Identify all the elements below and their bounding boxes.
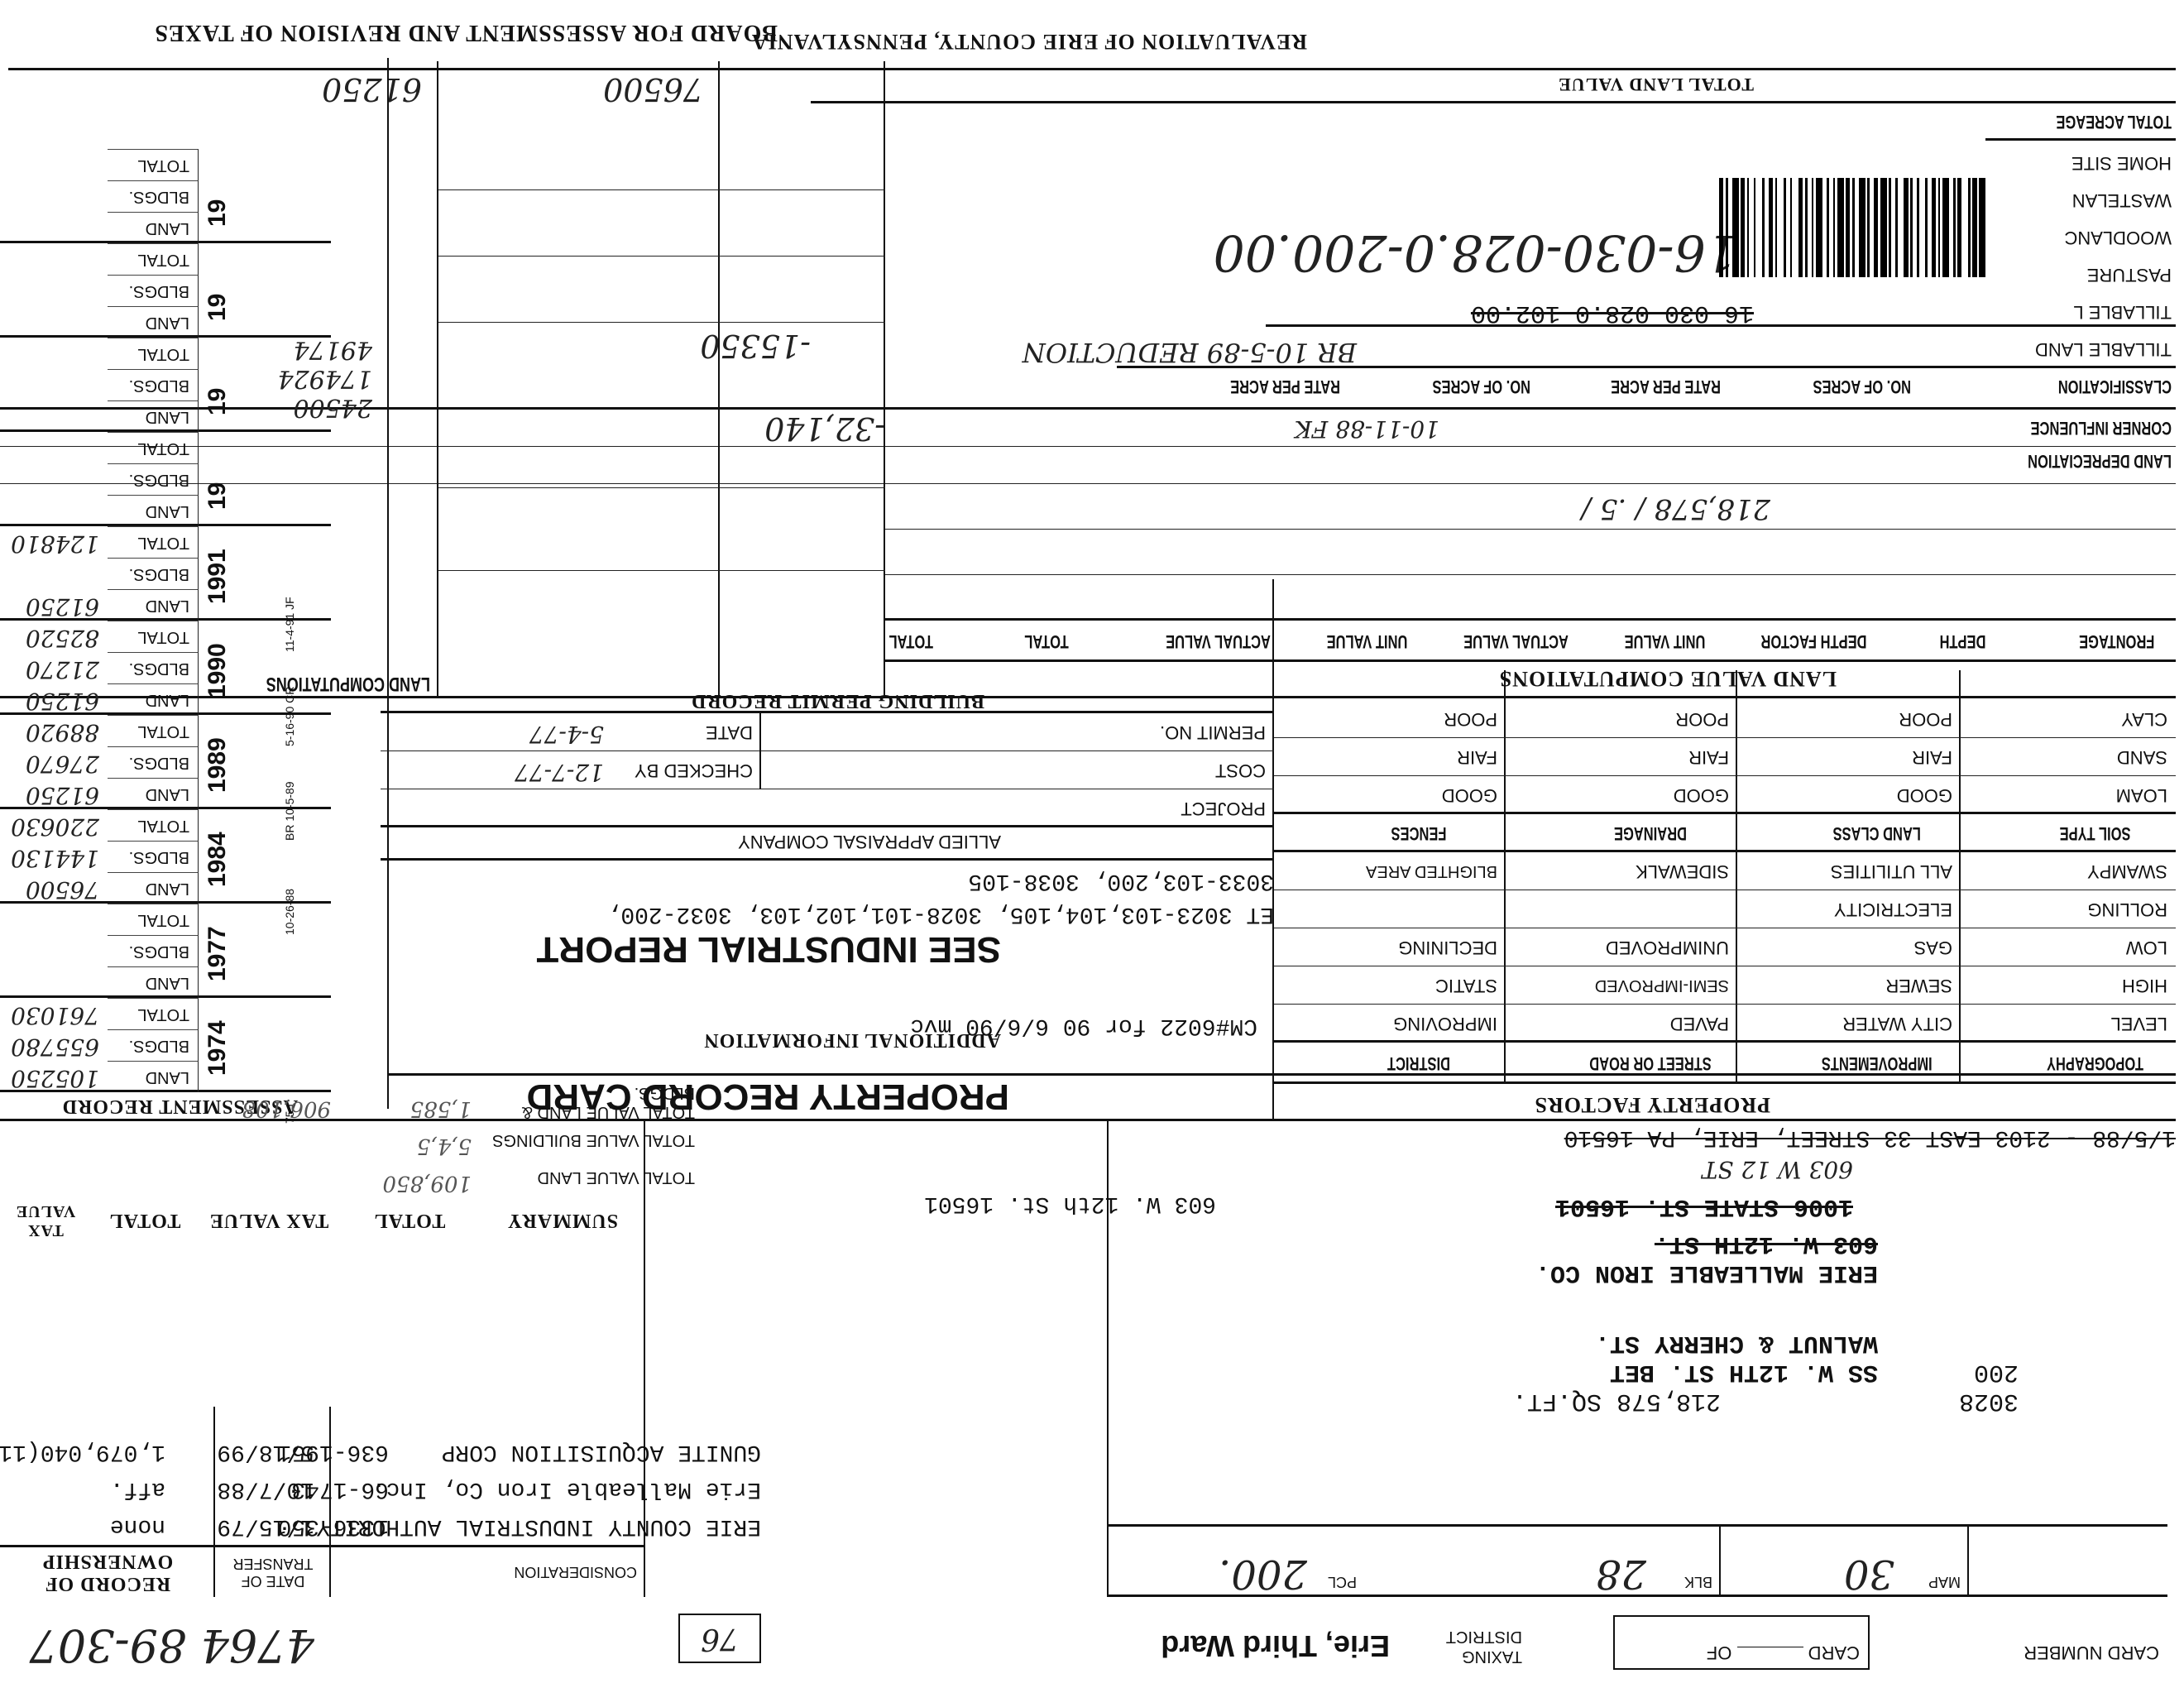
factor-header: STREET OR ROAD — [1564, 1043, 1737, 1084]
summary-total: 1,585 — [410, 1096, 472, 1121]
br-note: BR 10-5-89 REDUCTION — [1023, 337, 1357, 368]
barcode-bar — [1773, 178, 1775, 277]
barcode-bar — [1968, 178, 1971, 277]
class-header: NO. OF ACRES — [1432, 376, 1530, 397]
assessment-year: 1977 — [204, 926, 232, 981]
ownership-date: 10/7/88 — [217, 1476, 314, 1502]
factor-option[interactable]: SEWER — [1746, 966, 1961, 1005]
factor-option[interactable]: FAIR — [1746, 738, 1961, 776]
permit-cost-label: COST — [976, 751, 1274, 789]
assessment-row-label: LAND — [108, 966, 199, 998]
owner-name: ERIE MALLEABLE IRON CO. — [1535, 1259, 1878, 1287]
barcode-bar — [1739, 178, 1741, 277]
assessment-row-label: TOTAL — [108, 338, 199, 369]
of-label: OF — [1707, 1642, 1732, 1663]
barcode-bar — [1846, 178, 1850, 277]
barcode-bar — [1855, 178, 1859, 277]
barcode-bar — [1913, 178, 1917, 277]
map-label: MAP — [1928, 1573, 1961, 1590]
factor-option[interactable]: LEVEL — [1969, 1005, 2176, 1043]
assessment-row-label: TOTAL — [108, 149, 199, 180]
assessment-year: 19 — [204, 294, 232, 321]
factor-header: DISTRICT — [1332, 1043, 1506, 1084]
land-value-computations-title: LAND VALUE COMPUTATIONS — [1499, 666, 1837, 691]
summary-tax-value-header: TAX VALUE — [0, 1200, 91, 1241]
summary-total-header: TOTAL — [91, 1200, 199, 1241]
assessment-row-label: BLDGS. — [108, 652, 199, 683]
barcode-bar — [1745, 178, 1747, 277]
class-row: TILLABLE L — [2073, 301, 2172, 323]
classification-label: CLASSIFICATION — [2058, 376, 2172, 397]
barcode-bar — [1953, 178, 1956, 277]
assessment-note: 5-16-90 CR — [283, 664, 296, 746]
barcode-bar — [1878, 178, 1880, 277]
permit-no-label: PERMIT NO. — [976, 713, 1274, 751]
barcode-bar — [1808, 178, 1812, 277]
building-permit-title: BUILDING PERMIT RECORD — [691, 689, 984, 712]
summary-row-label: TOTAL VALUE LAND — [480, 1158, 703, 1196]
barcode-bar — [1972, 178, 1976, 277]
barcode-bar — [1870, 178, 1874, 277]
lvc-header: UNIT VALUE — [1311, 621, 1423, 662]
total-acreage-label: TOTAL ACREAGE — [2056, 111, 2172, 132]
barcode-bar — [1816, 178, 1822, 277]
map-value: 30 — [1844, 1551, 1894, 1597]
barcode-bar — [1889, 178, 1891, 277]
barcode-bar — [1880, 178, 1887, 277]
summary-total: 5,4,5 — [417, 1134, 472, 1158]
assessment-value[interactable]: 61250 — [26, 688, 99, 715]
property-factors-title: PROPERTY FACTORS — [1535, 1092, 1770, 1117]
barcode-bar — [1786, 178, 1790, 277]
lvc-header: TOTAL — [896, 621, 927, 662]
barcode-bar — [1712, 178, 1719, 277]
assessment-row-label: BLDGS. — [108, 841, 199, 872]
summary-row-label: TOTAL VALUE LAND & BLDGS. — [480, 1084, 703, 1121]
ownership-consideration: aff. — [110, 1476, 165, 1502]
barcode-bar — [1728, 178, 1732, 277]
barcode-bar — [1765, 178, 1769, 277]
factor-header: FENCES — [1332, 814, 1506, 852]
factor-header: LAND CLASS — [1794, 814, 1961, 852]
barcode-bar — [1723, 178, 1726, 277]
card-number-label: CARD NUMBER — [2024, 1642, 2159, 1663]
factor-header: DRAINAGE — [1564, 814, 1737, 852]
barcode-bar — [1850, 178, 1852, 277]
barcode-bar — [1936, 178, 1938, 277]
prior-address: 1006 STATE ST. 16501 — [1555, 1192, 1853, 1220]
barcode-bar — [1777, 178, 1784, 277]
summary-title: SUMMARY — [480, 1200, 645, 1241]
assessment-row-label: LAND — [108, 212, 199, 243]
factor-option[interactable]: ROLLING — [1969, 890, 2176, 928]
assessment-value[interactable]: 124810 — [11, 530, 99, 558]
barcode-bar — [1719, 178, 1723, 277]
header-title-left: BOARD FOR ASSESSMENT AND REVISION OF TAX… — [154, 19, 778, 46]
barcode-bar — [1803, 178, 1805, 277]
assessment-row-label: LAND — [108, 1061, 199, 1092]
address-history: 1/5/88 - 2103 EAST 33 STREET, ERIE, PA 1… — [1564, 1125, 2176, 1150]
barcode-bar — [1790, 178, 1793, 277]
ownership-owner: GUNITE ACQUISITION CORP — [442, 1439, 761, 1465]
reduction-amount: -15350 — [700, 328, 811, 364]
factor-option[interactable]: DECLINING — [1282, 928, 1506, 966]
taxing-district-label: TAXING DISTRICT — [1406, 1627, 1522, 1666]
barcode-bar — [1977, 178, 1980, 277]
factor-header: IMPROVEMENTS — [1794, 1043, 1961, 1084]
barcode-bar — [1919, 178, 1926, 277]
card-label: CARD — [1808, 1642, 1860, 1663]
assessment-row-label: TOTAL — [108, 526, 199, 558]
assessment-note: 11-4-91 JF — [283, 569, 296, 652]
corner-influence-label: CORNER INFLUENCE — [2030, 417, 2172, 439]
district-code: 3028 — [1959, 1387, 2019, 1415]
assessment-row-label: TOTAL — [108, 243, 199, 275]
checked-by-label: CHECKED BY — [612, 751, 761, 789]
assessment-value[interactable]: 21270 — [26, 656, 99, 683]
assessment-value[interactable]: 88920 — [26, 719, 99, 746]
barcode-bar — [1812, 178, 1814, 277]
summary-row-label: TOTAL VALUE BUILDINGS — [480, 1121, 703, 1158]
checked-by-value: 12-7-77 — [515, 759, 604, 786]
factor-option[interactable]: FAIR — [1282, 738, 1506, 776]
lvc-header: ACTUAL VALUE — [1460, 621, 1572, 662]
permit-project-label: PROJECT — [976, 789, 1274, 827]
assessment-row-label: BLDGS. — [108, 1029, 199, 1061]
factor-option[interactable]: BLIGHTED AREA — [1282, 852, 1506, 890]
ownership-consideration-header: CONSIDERATION — [331, 1547, 645, 1597]
barcode-bar — [1891, 178, 1895, 277]
barcode-bar — [1932, 178, 1936, 277]
barcode-bar — [1835, 178, 1837, 277]
factor-option[interactable]: FAIR — [1514, 738, 1737, 776]
lvc-header: FRONTAGE — [2058, 621, 2177, 662]
barcode-bar — [1904, 178, 1908, 277]
assessment-row-label: LAND — [108, 306, 199, 338]
assessment-row-label: TOTAL — [108, 809, 199, 841]
appraiser: ALLIED APPRAISAL COMPANY — [738, 831, 1001, 852]
factor-option[interactable]: CITY WATER — [1746, 1005, 1961, 1043]
total-land-value-1: 76500 — [603, 71, 703, 108]
factor-option[interactable]: ELECTRICITY — [1746, 890, 1961, 928]
assessment-row-label: BLDGS. — [108, 746, 199, 778]
assessment-row-label: LAND — [108, 872, 199, 904]
class-row: TILLABLE LAND — [2035, 338, 2172, 360]
barcode-bar — [1909, 178, 1911, 277]
address-handwritten: 603 W 12 ST — [1703, 1156, 1853, 1183]
factor-option[interactable]: IMPROVING — [1282, 1005, 1506, 1043]
additional-info-label: ADDITIONAL INFORMATION — [703, 1029, 1001, 1051]
assessment-year: 1974 — [204, 1020, 232, 1076]
assessment-note: 75 — [283, 1041, 296, 1124]
barcode-bar — [1750, 178, 1754, 277]
lvc-header: ACTUAL VALUE — [1162, 621, 1274, 662]
barcode-bar — [1910, 178, 1913, 277]
assessment-value[interactable]: 76500 — [26, 876, 99, 904]
factor-option[interactable]: POOR — [1746, 700, 1961, 738]
barcode-bar — [1867, 178, 1870, 277]
class-header: NO. OF ACRES — [1813, 376, 1911, 397]
pcl-value: 200. — [1219, 1551, 1307, 1597]
factor-option[interactable]: POOR — [1514, 700, 1737, 738]
assessment-row-label: LAND — [108, 778, 199, 809]
taxing-district-value: Erie, Third Ward — [1161, 1628, 1390, 1663]
ownership-title: RECORD OF OWNERSHIP — [0, 1547, 215, 1597]
barcode-bar — [1827, 178, 1829, 277]
barcode-bar — [1833, 178, 1836, 277]
barcode-bar — [1961, 178, 1968, 277]
factor-option[interactable]: SEMI-IMPROVED — [1514, 966, 1737, 1005]
barcode-bar — [1938, 178, 1941, 277]
assessment-value[interactable]: 655780 — [11, 1033, 99, 1061]
barcode-bar — [1798, 178, 1803, 277]
barcode-bar — [1852, 178, 1855, 277]
assessment-row-label: BLDGS. — [108, 275, 199, 306]
barcode-bar — [1732, 178, 1739, 277]
factor-option[interactable]: GOOD — [1514, 776, 1737, 814]
header-title-right: REVALUATION OF ERIE COUNTY, PENNSYLVANIA — [751, 29, 1307, 54]
factor-option[interactable]: GOOD — [1746, 776, 1961, 814]
barcode-bar — [1956, 178, 1958, 277]
location-line1: SS W. 12TH ST. BET — [1610, 1358, 1878, 1386]
barcode-bar — [1957, 178, 1961, 277]
see-industrial-report: SEE INDUSTRIAL REPORT — [537, 928, 1001, 970]
assessment-year: 1984 — [204, 832, 232, 887]
factor-option[interactable]: STATIC — [1282, 966, 1506, 1005]
factor-option[interactable]: GOOD — [1282, 776, 1506, 814]
assessment-row-label: TOTAL — [108, 904, 199, 935]
pcl-label: PCL — [1328, 1573, 1357, 1590]
assessment-year: 19 — [204, 199, 232, 227]
assessment-row-label: TOTAL — [108, 715, 199, 746]
lvc-header: UNIT VALUE — [1609, 621, 1721, 662]
assessment-value[interactable]: 220630 — [11, 813, 99, 841]
barcode-bar — [1925, 178, 1928, 277]
factor-option[interactable]: ALL UTILITIES — [1746, 852, 1961, 890]
class-row: PASTURE — [2087, 264, 2172, 285]
factor-option[interactable]: UNIMPROVED — [1514, 928, 1737, 966]
barcode-bar — [1859, 178, 1865, 277]
barcode-bar — [1940, 178, 1942, 277]
assessment-row-label: BLDGS. — [108, 369, 199, 400]
corner-influence-value: 10-11-88 FK — [1295, 415, 1439, 443]
barcode-bar — [1865, 178, 1868, 277]
barcode-bar — [1971, 178, 1973, 277]
assessment-row-label: TOTAL — [108, 998, 199, 1029]
box-number: 76 — [678, 1614, 761, 1663]
factor-header: SOIL TYPE — [2014, 814, 2176, 852]
property-record-card: CARD NUMBER CARD OF TAXING DISTRICT Erie… — [0, 0, 2184, 1688]
barcode-bar — [1928, 178, 1932, 277]
corner-influence-amount: -32,140 — [764, 410, 885, 447]
barcode-bar — [1805, 178, 1808, 277]
class-row: WASTELAN — [2072, 189, 2172, 211]
barcode-bar — [1837, 178, 1844, 277]
assessment-row-label: BLDGS. — [108, 935, 199, 966]
barcode-bar — [1829, 178, 1833, 277]
land-depreciation-label: LAND DEPRECIATION — [2028, 450, 2172, 472]
assessment-row-label: BLDGS. — [108, 463, 199, 495]
summary-total-header: TOTAL — [339, 1200, 480, 1241]
assessment-value[interactable]: 27670 — [26, 750, 99, 778]
barcode-bar — [1813, 178, 1816, 277]
assessment-year: 1989 — [204, 737, 232, 793]
lvc-header: DEPTH FACTOR — [1758, 621, 1870, 662]
barcode-bar — [1784, 178, 1786, 277]
assessment-row-label: LAND — [108, 400, 199, 432]
barcode-bar — [1741, 178, 1745, 277]
barcode-bar — [1844, 178, 1846, 277]
ownership-date-header: DATE OF TRANSFER — [215, 1547, 331, 1597]
barcode-bar — [1775, 178, 1778, 277]
factor-option[interactable]: POOR — [1282, 700, 1506, 738]
barcode-bar — [1762, 178, 1765, 277]
assessment-row-label: TOTAL — [108, 432, 199, 463]
et-line1: ET 3023-103,104,105, 3028-101,102,103, 3… — [606, 901, 1274, 927]
barcode-bar — [1942, 178, 1949, 277]
factor-option[interactable]: LOAM — [1969, 776, 2176, 814]
assessment-row-label: BLDGS. — [108, 180, 199, 212]
handwritten-ref: 4764 89-307 — [29, 1619, 314, 1671]
barcode-bar — [1895, 178, 1898, 277]
factor-option[interactable]: PAVED — [1514, 1005, 1737, 1043]
permit-date-label: DATE — [612, 713, 761, 751]
barcode-bar — [1917, 178, 1919, 277]
factor-header: TOPOGRAPHY — [2014, 1043, 2176, 1084]
barcode-bar — [1979, 178, 1985, 277]
barcode-bar — [1747, 178, 1750, 277]
ownership-date: 5/18/99 — [217, 1439, 314, 1465]
barcode-bar — [1769, 178, 1773, 277]
factor-option[interactable]: SAND — [1969, 738, 2176, 776]
assessment-year: 19 — [204, 482, 232, 510]
assessment-row-label: LAND — [108, 589, 199, 621]
assessment-year: 1990 — [204, 643, 232, 698]
assessment-year: 19 — [204, 388, 232, 415]
lvc-header: DEPTH — [1907, 621, 2019, 662]
current-address: 603 W. 12th St. 16501 — [924, 1191, 1216, 1216]
factor-option[interactable]: SIDEWALK — [1514, 852, 1737, 890]
blk-value: 28 — [1596, 1551, 1646, 1597]
assessment-value[interactable]: 61250 — [26, 782, 99, 809]
factor-option[interactable]: CLAY — [1969, 700, 2176, 738]
ownership-owner: Erie Malleable Iron Co, Inc. — [372, 1476, 761, 1502]
card-of-box: CARD OF — [1613, 1615, 1870, 1670]
location-line2: WALNUT & CHERRY ST. — [1595, 1329, 1878, 1357]
et-line2: 3033-103,200, 3038-105 — [968, 868, 1274, 894]
barcode-bar — [1755, 178, 1762, 277]
barcode-bar — [1898, 178, 1904, 277]
assessment-value[interactable]: 61250 — [26, 593, 99, 621]
area: 218,578 SQ.FT. — [1512, 1387, 1721, 1415]
barcode-bar — [1874, 178, 1878, 277]
assessment-note: 10-26-88 — [283, 852, 296, 935]
summary-tax-value-header: TAX VALUE — [199, 1200, 339, 1241]
barcode-bar — [1949, 178, 1953, 277]
summary-total: 109,850 — [382, 1171, 472, 1196]
factor-option[interactable]: HIGH — [1969, 966, 2176, 1005]
assessment-note: BR 10-5-89 — [283, 758, 296, 841]
lvc-header: TOTAL — [984, 621, 1109, 662]
barcode-bar — [1822, 178, 1827, 277]
assessment-row-label: BLDGS. — [108, 558, 199, 589]
class-header: RATE PER ACRE — [1611, 376, 1721, 397]
barcode-bar — [1887, 178, 1889, 277]
assessment-value[interactable]: 82520 — [26, 625, 99, 652]
permit-date-value: 5-4-77 — [529, 721, 604, 748]
total-land-value-0: 61250 — [322, 71, 422, 108]
barcode-bar — [1792, 178, 1798, 277]
assessment-row-label: TOTAL — [108, 621, 199, 652]
barcode-bar — [1754, 178, 1756, 277]
factor-option[interactable]: SWAMPY — [1969, 852, 2176, 890]
factor-option[interactable]: GAS — [1746, 928, 1961, 966]
barcode — [1415, 178, 1985, 277]
parcel-id-struck: 16-030-028.0-102.00 — [1471, 299, 1754, 327]
factor-option[interactable]: LOW — [1969, 928, 2176, 966]
ownership-date: 1/15/79 — [217, 1513, 314, 1539]
lvc-handwritten-row: 218,578 / .5 / — [1582, 492, 1770, 525]
location-code: 200 — [1974, 1358, 2019, 1386]
total-land-value-label: TOTAL LAND VALUE — [1558, 74, 1754, 95]
assessment-value[interactable]: 144130 — [11, 845, 99, 872]
class-header: RATE PER ACRE — [1230, 376, 1340, 397]
barcode-bar — [1726, 178, 1728, 277]
assessment-row-label: LAND — [108, 495, 199, 526]
assessment-year: 1991 — [204, 549, 232, 604]
assessment-value[interactable]: 105250 — [11, 1065, 99, 1092]
blk-label: BLK — [1684, 1573, 1712, 1590]
class-row: WOODLANC — [2064, 227, 2172, 248]
owner-address-line: 603 W. 12TH ST. — [1655, 1230, 1878, 1258]
ownership-consideration: none — [110, 1513, 165, 1539]
class-row: HOME SITE — [2071, 152, 2172, 174]
ownership-consideration: 1,079,040(11 — [0, 1439, 165, 1465]
assessment-row-label: LAND — [108, 683, 199, 715]
land-value-header-row: FRONTAGE DEPTH DEPTH FACTOR UNIT VALUE A… — [885, 621, 2176, 662]
assessment-value[interactable]: 761030 — [11, 1002, 99, 1029]
